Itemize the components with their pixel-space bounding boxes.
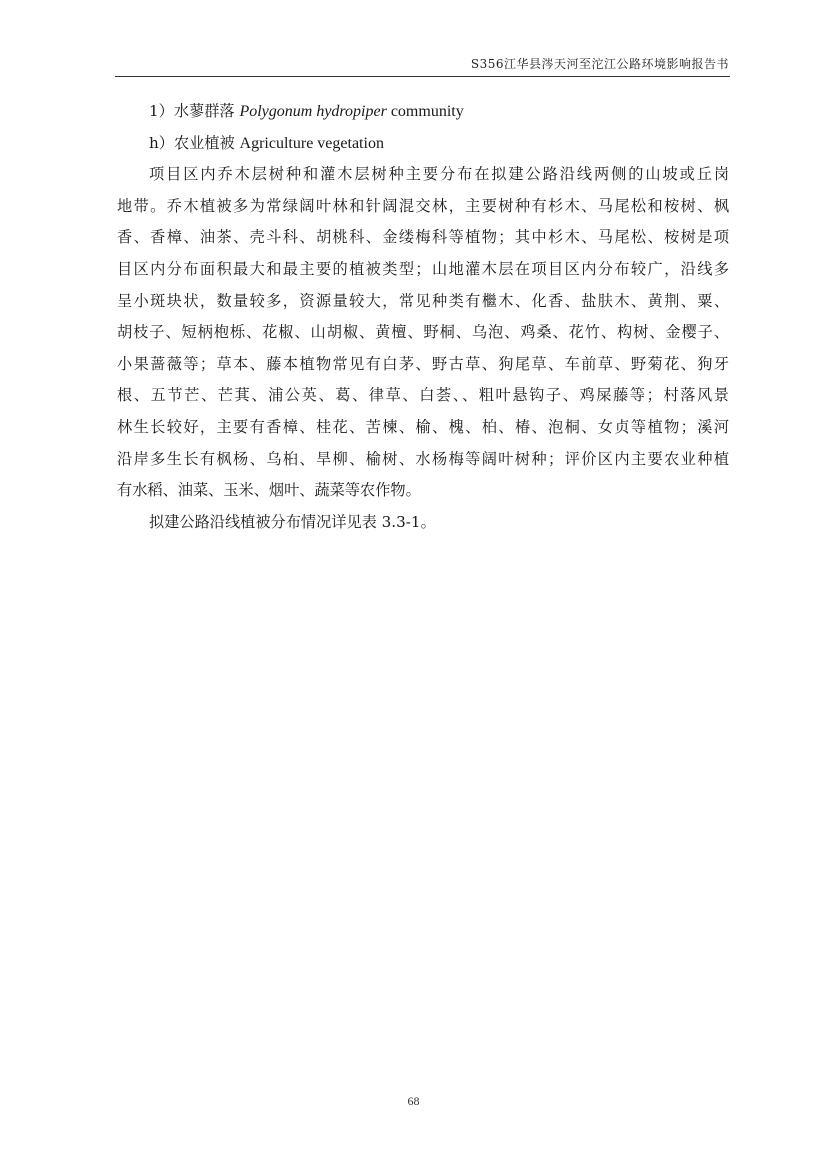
paragraph-line: 香、香樟、油茶、壳斗科、胡桃科、金缕梅科等植物；其中杉木、马尾松、桉树是项 [117, 222, 729, 254]
heading-label: h）农业植被 [149, 134, 240, 152]
heading-label: 1）水蓼群落 [149, 102, 239, 120]
section-heading-polygonum: 1）水蓼群落 Polygonum hydropiper community [117, 96, 729, 128]
paragraph-line: 根、五节芒、芒萁、浦公英、葛、律草、白荟、、粗叶悬钩子、鸡屎藤等；村落风景 [117, 380, 729, 412]
document-page: S356江华县涔天河至沱江公路环境影响报告书 1）水蓼群落 Polygonum … [0, 0, 827, 1169]
heading-latin-suffix: community [387, 103, 464, 120]
section-heading-agriculture: h）农业植被 Agriculture vegetation [117, 128, 729, 160]
paragraph-line: 小果蔷薇等；草本、藤本植物常见有白茅、野古草、狗尾草、车前草、野菊花、狗牙 [117, 349, 729, 381]
paragraph-line: 目区内分布面积最大和最主要的植被类型；山地灌木层在项目区内分布较广，沿线多 [117, 254, 729, 286]
paragraph-line: 林生长较好，主要有香樟、桂花、苦楝、榆、槐、柏、椿、泡桐、女贞等植物；溪河 [117, 412, 729, 444]
body-text: 1）水蓼群落 Polygonum hydropiper community h）… [117, 96, 729, 538]
paragraph-line: 项目区内乔木层树种和灌木层树种主要分布在拟建公路沿线两侧的山坡或丘岗 [117, 159, 729, 191]
paragraph-table-reference: 拟建公路沿线植被分布情况详见表 3.3-1。 [117, 507, 729, 539]
heading-latin-name: Agriculture vegetation [240, 135, 384, 152]
page-number: 68 [0, 1094, 827, 1109]
header-divider [115, 76, 730, 77]
paragraph-line: 沿岸多生长有枫杨、乌桕、旱柳、榆树、水杨梅等阔叶树种；评价区内主要农业种植 [117, 444, 729, 476]
paragraph-line: 胡枝子、短柄枹栎、花椒、山胡椒、黄檀、野桐、乌泡、鸡桑、花竹、构树、金樱子、 [117, 317, 729, 349]
paragraph-line: 有水稻、油菜、玉米、烟叶、蔬菜等农作物。 [117, 475, 729, 507]
running-header: S356江华县涔天河至沱江公路环境影响报告书 [115, 56, 729, 72]
paragraph-line: 地带。乔木植被多为常绿阔叶林和针阔混交林，主要树种有杉木、马尾松和桉树、枫 [117, 191, 729, 223]
paragraph-line: 呈小斑块状，数量较多，资源量较大，常见种类有檵木、化香、盐肤木、黄荆、粟、 [117, 286, 729, 318]
paragraph-vegetation: 项目区内乔木层树种和灌木层树种主要分布在拟建公路沿线两侧的山坡或丘岗 地带。乔木… [117, 159, 729, 507]
heading-latin-name: Polygonum hydropiper [239, 103, 386, 120]
